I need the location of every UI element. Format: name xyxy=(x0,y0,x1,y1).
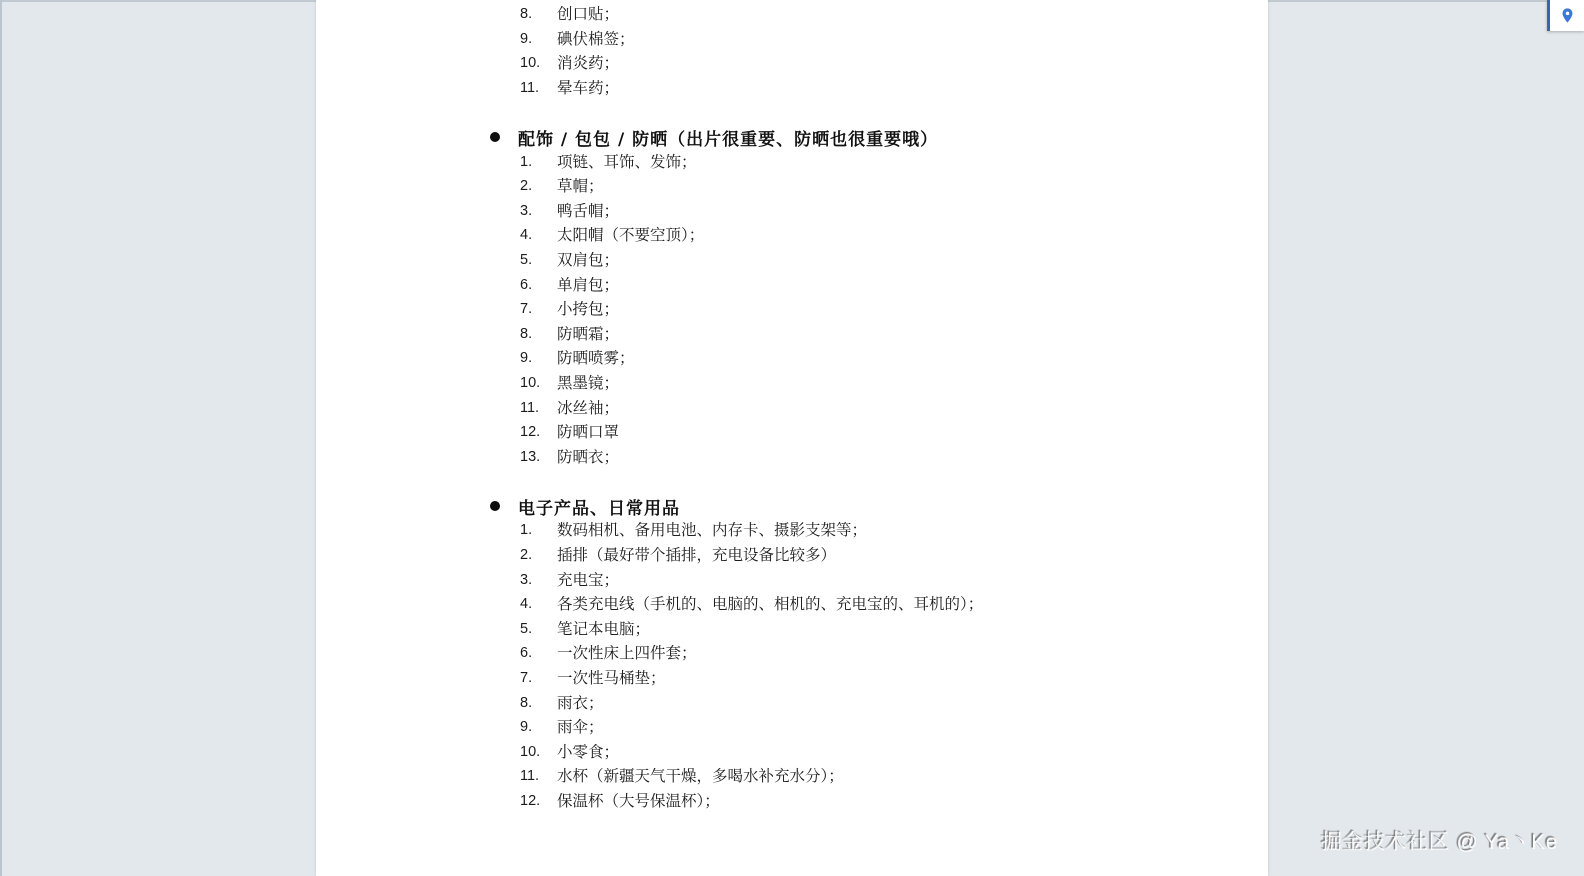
bullet-icon xyxy=(490,132,500,142)
section-header: 电子产品、日常用品 xyxy=(316,494,1268,519)
list-item: 11.冰丝袖； xyxy=(316,396,1268,421)
list-item-number: 12. xyxy=(520,789,557,814)
list-item-number: 6. xyxy=(520,273,557,298)
list-item: 8.雨衣； xyxy=(316,691,1268,716)
list-item: 9.雨伞； xyxy=(316,715,1268,740)
list-item: 8.创口贴； xyxy=(316,2,1268,27)
list-item-text: 笔记本电脑； xyxy=(557,617,650,642)
list-item-text: 太阳帽（不要空顶）； xyxy=(557,223,704,248)
list-item-text: 一次性床上四件套； xyxy=(557,641,697,666)
list-item-number: 6. xyxy=(520,641,557,666)
list-item-number: 3. xyxy=(520,568,557,593)
section-header-text: 电子产品、日常用品 xyxy=(518,494,680,519)
list-item-text: 碘伏棉签； xyxy=(557,27,635,52)
list-item: 2.草帽； xyxy=(316,174,1268,199)
list-item-text: 单肩包； xyxy=(557,273,619,298)
list-item-number: 11. xyxy=(520,396,557,421)
list-item-text: 雨伞； xyxy=(557,715,604,740)
list-item-number: 10. xyxy=(520,51,557,76)
list-item-number: 10. xyxy=(520,740,557,765)
list-item-text: 防晒霜； xyxy=(557,322,619,347)
list-item-text: 草帽； xyxy=(557,174,604,199)
document-page: 8.创口贴；9.碘伏棉签；10.消炎药；11.晕车药；配饰 / 包包 / 防晒（… xyxy=(316,0,1268,876)
section-header: 配饰 / 包包 / 防晒（出片很重要、防晒也很重要哦） xyxy=(316,125,1268,150)
list-item-number: 5. xyxy=(520,617,557,642)
document-content: 8.创口贴；9.碘伏棉签；10.消炎药；11.晕车药；配饰 / 包包 / 防晒（… xyxy=(316,0,1268,814)
list-section: 电子产品、日常用品1.数码相机、备用电池、内存卡、摄影支架等；2.插排（最好带个… xyxy=(316,494,1268,814)
list-item-number: 1. xyxy=(520,518,557,543)
list-item-text: 小零食； xyxy=(557,740,619,765)
list-item-text: 黑墨镜； xyxy=(557,371,619,396)
list-item-number: 8. xyxy=(520,691,557,716)
list-item: 5.双肩包； xyxy=(316,248,1268,273)
list-item: 1.项链、耳饰、发饰； xyxy=(316,150,1268,175)
list-item: 11.晕车药； xyxy=(316,76,1268,101)
list-item: 5.笔记本电脑； xyxy=(316,617,1268,642)
list-item: 9.防晒喷雾； xyxy=(316,346,1268,371)
list-section: 8.创口贴；9.碘伏棉签；10.消炎药；11.晕车药； xyxy=(316,2,1268,100)
location-pin-icon xyxy=(1559,5,1576,26)
location-pin-button[interactable] xyxy=(1547,0,1584,31)
list-item-text: 创口贴； xyxy=(557,2,619,27)
list-item: 7.一次性马桶垫； xyxy=(316,666,1268,691)
list-item-number: 2. xyxy=(520,174,557,199)
list-item: 11.水杯（新疆天气干燥，多喝水补充水分）； xyxy=(316,764,1268,789)
list-item-text: 保温杯（大号保温杯）； xyxy=(557,789,720,814)
list-item: 3.鸭舌帽； xyxy=(316,199,1268,224)
list-item-number: 11. xyxy=(520,76,557,101)
list-item-number: 13. xyxy=(520,445,557,470)
list-item: 2.插排（最好带个插排，充电设备比较多） xyxy=(316,543,1268,568)
document-viewer: 8.创口贴；9.碘伏棉签；10.消炎药；11.晕车药；配饰 / 包包 / 防晒（… xyxy=(0,0,1584,876)
list-item-text: 充电宝； xyxy=(557,568,619,593)
list-item: 7.小挎包； xyxy=(316,297,1268,322)
list-item-text: 双肩包； xyxy=(557,248,619,273)
list-item-number: 9. xyxy=(520,27,557,52)
list-item-number: 9. xyxy=(520,715,557,740)
list-item-text: 鸭舌帽； xyxy=(557,199,619,224)
list-item: 10.黑墨镜； xyxy=(316,371,1268,396)
list-item-text: 项链、耳饰、发饰； xyxy=(557,150,697,175)
list-item: 10.消炎药； xyxy=(316,51,1268,76)
list-item-number: 7. xyxy=(520,666,557,691)
list-item-text: 小挎包； xyxy=(557,297,619,322)
list-item: 12.防晒口罩 xyxy=(316,420,1268,445)
list-item: 9.碘伏棉签； xyxy=(316,27,1268,52)
list-item: 3.充电宝； xyxy=(316,568,1268,593)
list-item-number: 10. xyxy=(520,371,557,396)
location-pin-shape xyxy=(1562,8,1572,22)
list-item-text: 冰丝袖； xyxy=(557,396,619,421)
list-item-number: 8. xyxy=(520,322,557,347)
list-item: 4.各类充电线（手机的、电脑的、相机的、充电宝的、耳机的）； xyxy=(316,592,1268,617)
list-item-text: 雨衣； xyxy=(557,691,604,716)
list-item-number: 7. xyxy=(520,297,557,322)
list-item-text: 一次性马桶垫； xyxy=(557,666,666,691)
watermark: 掘金技术社区 @ Ya丶Ke xyxy=(1321,826,1558,856)
list-item-number: 4. xyxy=(520,592,557,617)
list-item-text: 水杯（新疆天气干燥，多喝水补充水分）； xyxy=(557,764,844,789)
list-item-number: 9. xyxy=(520,346,557,371)
list-item: 13.防晒衣； xyxy=(316,445,1268,470)
list-item-number: 3. xyxy=(520,199,557,224)
list-item-text: 晕车药； xyxy=(557,76,619,101)
list-item-text: 数码相机、备用电池、内存卡、摄影支架等； xyxy=(557,518,867,543)
list-item: 6.单肩包； xyxy=(316,273,1268,298)
section-header-text: 配饰 / 包包 / 防晒（出片很重要、防晒也很重要哦） xyxy=(518,125,938,150)
list-item-number: 1. xyxy=(520,150,557,175)
list-item: 1.数码相机、备用电池、内存卡、摄影支架等； xyxy=(316,518,1268,543)
window-left-edge xyxy=(0,0,2,876)
list-item-number: 4. xyxy=(520,223,557,248)
list-item-text: 插排（最好带个插排，充电设备比较多） xyxy=(557,543,836,568)
list-item-text: 防晒口罩 xyxy=(557,420,619,445)
list-section: 配饰 / 包包 / 防晒（出片很重要、防晒也很重要哦）1.项链、耳饰、发饰；2.… xyxy=(316,125,1268,469)
list-item-text: 防晒衣； xyxy=(557,445,619,470)
list-item-text: 防晒喷雾； xyxy=(557,346,635,371)
list-item: 8.防晒霜； xyxy=(316,322,1268,347)
list-item: 10.小零食； xyxy=(316,740,1268,765)
list-item-number: 2. xyxy=(520,543,557,568)
list-item: 6.一次性床上四件套； xyxy=(316,641,1268,666)
list-item-number: 11. xyxy=(520,764,557,789)
list-item: 12.保温杯（大号保温杯）； xyxy=(316,789,1268,814)
list-item-number: 12. xyxy=(520,420,557,445)
bullet-icon xyxy=(490,501,500,511)
list-item-text: 各类充电线（手机的、电脑的、相机的、充电宝的、耳机的）； xyxy=(557,592,983,617)
list-item-number: 8. xyxy=(520,2,557,27)
list-item: 4.太阳帽（不要空顶）； xyxy=(316,223,1268,248)
list-item-number: 5. xyxy=(520,248,557,273)
list-item-text: 消炎药； xyxy=(557,51,619,76)
